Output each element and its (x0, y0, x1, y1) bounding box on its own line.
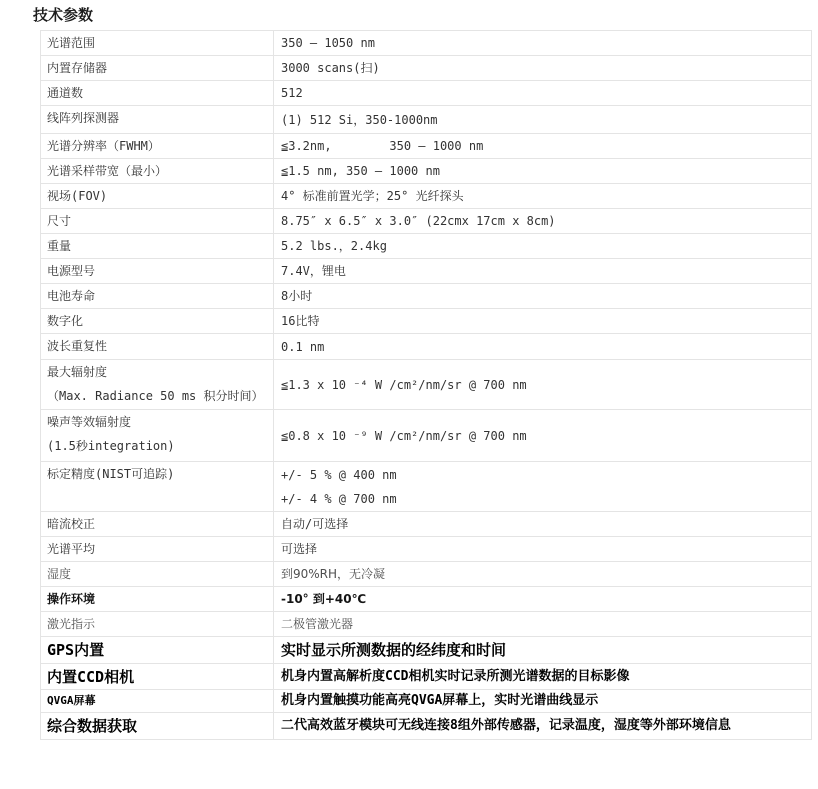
table-row: 光谱分辨率（FWHM） ≦3.2nm, 350 — 1000 nm (41, 134, 811, 159)
table-row: 标定精度(NIST可追踪) +/- 5 % @ 400 nm +/- 4 % @… (41, 462, 811, 512)
spec-name-cell: 电池寿命 (41, 284, 274, 308)
spec-name-cell: GPS内置 (41, 637, 274, 663)
table-row: QVGA屏幕 机身内置触摸功能高亮QVGA屏幕上，实时光谱曲线显示 (41, 690, 811, 713)
table-row: 电源型号 7.4V，锂电 (41, 259, 811, 284)
spec-name-cell: 标定精度(NIST可追踪) (41, 462, 274, 511)
spec-value-cell: 350 — 1050 nm (274, 31, 811, 55)
spec-value-cell: +/- 5 % @ 400 nm +/- 4 % @ 700 nm (274, 462, 811, 511)
table-row: 通道数 512 (41, 81, 811, 106)
spec-value-cell: 可选择 (274, 537, 811, 561)
table-row: 光谱采样带宽（最小） ≦1.5 nm, 350 — 1000 nm (41, 159, 811, 184)
spec-value-cell: 4° 标准前置光学；25° 光纤探头 (274, 184, 811, 208)
spec-name-cell: 湿度 (41, 562, 274, 586)
spec-name-cell: 光谱分辨率（FWHM） (41, 134, 274, 158)
spec-value-cell: 实时显示所测数据的经纬度和时间 (274, 637, 811, 663)
spec-name-cell: 重量 (41, 234, 274, 258)
spec-table: 光谱范围 350 — 1050 nm 内置存储器 3000 scans(扫) 通… (40, 30, 812, 740)
table-row: 尺寸 8.75″ x 6.5″ x 3.0″ (22cmx 17cm x 8cm… (41, 209, 811, 234)
table-row: GPS内置 实时显示所测数据的经纬度和时间 (41, 637, 811, 664)
spec-name-cell: 最大辐射度 （Max. Radiance 50 ms 积分时间） (41, 360, 274, 409)
table-row: 电池寿命 8小时 (41, 284, 811, 309)
spec-name-cell: 视场(FOV) (41, 184, 274, 208)
spec-name-cell: 光谱采样带宽（最小） (41, 159, 274, 183)
spec-name-cell: 内置存储器 (41, 56, 274, 80)
spec-value-cell: 8.75″ x 6.5″ x 3.0″ (22cmx 17cm x 8cm) (274, 209, 811, 233)
spec-name-cell: 数字化 (41, 309, 274, 333)
table-row: 光谱平均 可选择 (41, 537, 811, 562)
table-row: 内置CCD相机 机身内置高解析度CCD相机实时记录所测光谱数据的目标影像 (41, 664, 811, 690)
table-row: 光谱范围 350 — 1050 nm (41, 31, 811, 56)
spec-value-cell: 7.4V，锂电 (274, 259, 811, 283)
spec-name-cell: 暗流校正 (41, 512, 274, 536)
table-row: 综合数据获取 二代高效蓝牙模块可无线连接8组外部传感器，记录温度，湿度等外部环境… (41, 713, 811, 740)
spec-name-cell: 光谱平均 (41, 537, 274, 561)
spec-value-cell: 到90%RH，无冷凝 (274, 562, 811, 586)
spec-value-cell: 机身内置触摸功能高亮QVGA屏幕上，实时光谱曲线显示 (274, 690, 811, 712)
spec-name-cell: 通道数 (41, 81, 274, 105)
spec-page: 技术参数 光谱范围 350 — 1050 nm 内置存储器 3000 scans… (0, 4, 818, 789)
spec-name-cell: 内置CCD相机 (41, 664, 274, 689)
spec-value-cell: ≦1.5 nm, 350 — 1000 nm (274, 159, 811, 183)
table-row: 线阵列探测器 (1) 512 Si，350-1000nm (41, 106, 811, 134)
spec-value-cell: 5.2 lbs.，2.4kg (274, 234, 811, 258)
spec-value-cell: 二代高效蓝牙模块可无线连接8组外部传感器，记录温度，湿度等外部环境信息 (274, 713, 811, 739)
spec-value-cell: 3000 scans(扫) (274, 56, 811, 80)
spec-name-cell: 电源型号 (41, 259, 274, 283)
spec-name-cell: 尺寸 (41, 209, 274, 233)
table-row: 最大辐射度 （Max. Radiance 50 ms 积分时间） ≦1.3 x … (41, 360, 811, 410)
spec-name-cell: 线阵列探测器 (41, 106, 274, 133)
table-row: 噪声等效辐射度 (1.5秒integration) ≦0.8 x 10 ⁻⁹ W… (41, 410, 811, 462)
spec-name-cell: 综合数据获取 (41, 713, 274, 739)
table-row: 数字化 16比特 (41, 309, 811, 334)
spec-value-cell: 16比特 (274, 309, 811, 333)
spec-value-cell: 自动/可选择 (274, 512, 811, 536)
table-row: 湿度 到90%RH，无冷凝 (41, 562, 811, 587)
table-row: 激光指示 二极管激光器 (41, 612, 811, 637)
spec-name-cell: 光谱范围 (41, 31, 274, 55)
spec-value-cell: 二极管激光器 (274, 612, 811, 636)
table-row: 暗流校正 自动/可选择 (41, 512, 811, 537)
spec-name-cell: 操作环境 (41, 587, 274, 611)
spec-name-cell: 激光指示 (41, 612, 274, 636)
spec-value-cell: 0.1 nm (274, 334, 811, 359)
spec-value-cell: 512 (274, 81, 811, 105)
spec-value-cell: (1) 512 Si，350-1000nm (274, 106, 811, 133)
spec-name-cell: QVGA屏幕 (41, 690, 274, 712)
spec-value-cell: -10° 到+40℃ (274, 587, 811, 611)
spec-value-cell: ≦0.8 x 10 ⁻⁹ W /cm²/nm/sr @ 700 nm (274, 410, 811, 461)
spec-name-cell: 波长重复性 (41, 334, 274, 359)
page-title: 技术参数 (33, 4, 818, 25)
spec-value-cell: ≦3.2nm, 350 — 1000 nm (274, 134, 811, 158)
table-row: 视场(FOV) 4° 标准前置光学；25° 光纤探头 (41, 184, 811, 209)
spec-value-cell: ≦1.3 x 10 ⁻⁴ W /cm²/nm/sr @ 700 nm (274, 360, 811, 409)
spec-name-cell: 噪声等效辐射度 (1.5秒integration) (41, 410, 274, 461)
spec-value-cell: 8小时 (274, 284, 811, 308)
table-row: 操作环境 -10° 到+40℃ (41, 587, 811, 612)
table-row: 内置存储器 3000 scans(扫) (41, 56, 811, 81)
table-row: 波长重复性 0.1 nm (41, 334, 811, 360)
table-row: 重量 5.2 lbs.，2.4kg (41, 234, 811, 259)
spec-value-cell: 机身内置高解析度CCD相机实时记录所测光谱数据的目标影像 (274, 664, 811, 689)
